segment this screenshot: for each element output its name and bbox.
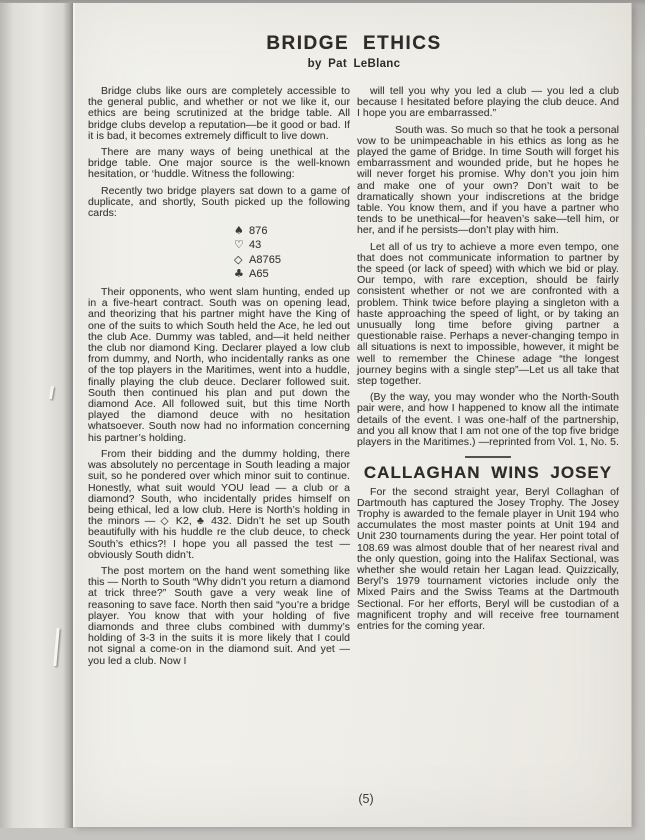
bridge-hand-diagram: ♠876 ♡43 ◇A8765 ♣A65 (234, 224, 350, 281)
paragraph: (By the way, you may wonder who the Nort… (357, 392, 619, 448)
hand-cards: 43 (249, 239, 261, 251)
paragraph: will tell you why you led a club — you l… (357, 86, 619, 120)
page-number: (5) (88, 792, 644, 806)
paragraph: Their opponents, who went slam hunting, … (88, 287, 350, 444)
spade-icon: ♠ (234, 224, 249, 237)
article-title-callaghan: CALLAGHAN WINS JOSEY (357, 467, 619, 478)
paragraph: The post mortem on the hand went somethi… (88, 566, 350, 667)
section-divider (465, 456, 511, 458)
paragraph: Bridge clubs like ours are completely ac… (88, 86, 350, 142)
paragraph: Let all of us try to achieve a more even… (357, 242, 619, 388)
hand-row-diamonds: ◇A8765 (234, 253, 350, 267)
paragraph: There are many ways of being unethical a… (88, 147, 350, 181)
article-header: BRIDGE ETHICS by Pat LeBlanc (88, 33, 620, 70)
page-edge-strip (0, 3, 73, 828)
hand-cards: 876 (249, 225, 268, 237)
heart-icon: ♡ (234, 238, 249, 251)
hand-row-clubs: ♣A65 (234, 267, 350, 281)
paragraph: Recently two bridge players sat down to … (88, 186, 350, 220)
diamond-icon: ◇ (234, 253, 249, 266)
club-icon: ♣ (234, 267, 249, 280)
paragraph: For the second straight year, Beryl Coll… (357, 487, 619, 633)
paragraph: From their bidding and the dummy holding… (88, 449, 350, 561)
article-title: BRIDGE ETHICS (88, 33, 620, 55)
article-byline: by Pat LeBlanc (88, 58, 620, 70)
paragraph: South was. So much so that he took a per… (357, 125, 619, 237)
column-left: Bridge clubs like ours are completely ac… (88, 86, 350, 672)
hand-cards: A65 (249, 268, 269, 280)
scanned-newsletter-page: BRIDGE ETHICS by Pat LeBlanc Bridge club… (0, 0, 645, 840)
column-right: will tell you why you led a club — you l… (357, 86, 619, 637)
hand-row-spades: ♠876 (234, 224, 350, 238)
hand-row-hearts: ♡43 (234, 238, 350, 252)
hand-cards: A8765 (249, 254, 281, 266)
